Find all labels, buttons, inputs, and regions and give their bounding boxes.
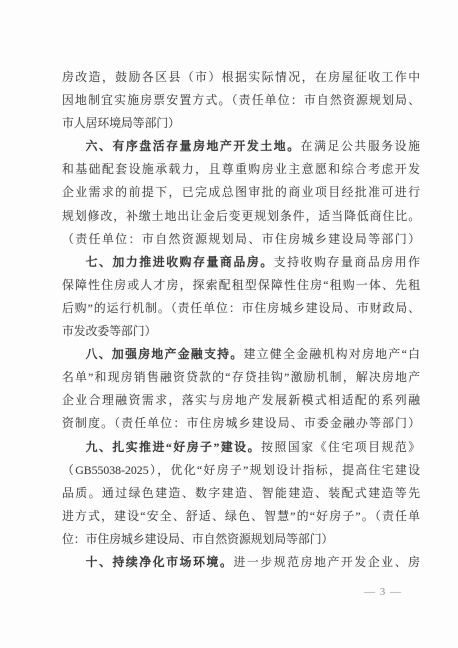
text-segment-head: 八、加强房地产金融支持。: [86, 347, 244, 361]
text-segment-body: （GB55038-2025），优化“好房子”规划设计指标，提高住宅建设: [62, 463, 420, 477]
document-line: 八、加强房地产金融支持。建立健全金融机构对房地产“白: [62, 343, 420, 366]
text-segment-head: 六、有序盘活存量房地产开发土地。: [86, 139, 301, 153]
document-line: 位：市住房城乡建设局、市自然资源规划局等部门）: [62, 528, 420, 551]
document-line: 规划修改，补缴土地出让金后变更规划条件，适当降低商住比。: [62, 205, 420, 228]
text-segment-body: 资制度。: [62, 416, 114, 430]
text-segment-body: 名单”和现房销售融资贷款的“存贷挂钩”激励机制，解决房地产: [62, 370, 420, 384]
text-segment-body: 因地制宜实施房票安置方式。: [62, 93, 232, 107]
text-segment-body: 品质。通过绿色建造、数字建造、智能建造、装配式建造等先: [62, 486, 420, 500]
text-segment-body: 规划修改，补缴土地出让金后变更规划条件，适当降低商住比。: [62, 209, 420, 223]
text-segment-resp: （责任单位：市住房城乡建设局、市委金融办等部门）: [114, 416, 420, 430]
text-segment-body: 支持收购存量商品房用作: [274, 255, 420, 269]
document-line: （责任单位：市自然资源规划局、市住房城乡建设局等部门）: [62, 228, 420, 251]
text-segment-body: 企业需求的前提下，已完成总图审批的商业项目经批准可进行: [62, 185, 420, 199]
page-number: — 3 —: [364, 586, 402, 598]
document-line: 资制度。（责任单位：市住房城乡建设局、市委金融办等部门）: [62, 412, 420, 435]
document-line: 六、有序盘活存量房地产开发土地。在满足公共服务设施: [62, 135, 420, 158]
document-line: （GB55038-2025），优化“好房子”规划设计指标，提高住宅建设: [62, 459, 420, 482]
text-segment-body: 后购”的运行机制。: [62, 301, 171, 315]
text-segment-body: 在满足公共服务设施: [301, 139, 420, 153]
text-segment-body: 保障性住房或人才房，探索配租型保障性住房“租购一体、先租: [62, 278, 420, 292]
text-segment-head: 十、持续净化市场环境。: [86, 555, 234, 569]
document-line: 九、扎实推进“好房子”建设。按照国家《住宅项目规范》: [62, 436, 420, 459]
text-segment-body: 和基础配套设施承载力，且尊重购房业主意愿和综合考虑开发: [62, 162, 420, 176]
text-segment-resp: 位：市住房城乡建设局、市自然资源规划局等部门）: [62, 532, 333, 546]
text-segment-body: 按照国家《住宅项目规范》: [261, 440, 420, 454]
text-segment-resp: （责任单位：市自然资源规划局、市住房城乡建设局等部门）: [62, 232, 420, 246]
text-segment-resp: （责任单: [375, 509, 420, 523]
text-segment-body: 房改造，鼓励各区县（市）根据实际情况，在房屋征收工作中: [62, 70, 420, 84]
text-segment-body: 进方式，建设“安全、舒适、绿色、智慧”的“好房子”。: [62, 509, 375, 523]
text-segment-head: 九、扎实推进“好房子”建设。: [86, 440, 261, 454]
text-segment-body: 建立健全金融机构对房地产“白: [244, 347, 420, 361]
document-line: 后购”的运行机制。（责任单位：市住房城乡建设局、市财政局、: [62, 297, 420, 320]
document-line: 企业需求的前提下，已完成总图审批的商业项目经批准可进行: [62, 181, 420, 204]
document-line: 房改造，鼓励各区县（市）根据实际情况，在房屋征收工作中: [62, 66, 420, 89]
document-line: 七、加力推进收购存量商品房。支持收购存量商品房用作: [62, 251, 420, 274]
text-segment-resp: 市发改委等部门）: [62, 324, 156, 338]
document-line: 市发改委等部门）: [62, 320, 420, 343]
text-segment-resp: （责任单位：市自然资源规划局、: [232, 93, 420, 107]
document-line: 十、持续净化市场环境。进一步规范房地产开发企业、房: [62, 551, 420, 574]
text-segment-resp: （责任单位：市住房城乡建设局、市财政局、: [171, 301, 420, 315]
document-body: 房改造，鼓励各区县（市）根据实际情况，在房屋征收工作中 因地制宜实施房票安置方式…: [62, 66, 420, 574]
text-segment-body: 进一步规范房地产开发企业、房: [233, 555, 420, 569]
document-line: 保障性住房或人才房，探索配租型保障性住房“租购一体、先租: [62, 274, 420, 297]
document-line: 因地制宜实施房票安置方式。（责任单位：市自然资源规划局、: [62, 89, 420, 112]
document-line: 企业合理融资需求，落实与房地产发展新模式相适配的系列融: [62, 389, 420, 412]
document-line: 市人居环境局等部门）: [62, 112, 420, 135]
document-line: 和基础配套设施承载力，且尊重购房业主意愿和综合考虑开发: [62, 158, 420, 181]
document-line: 进方式，建设“安全、舒适、绿色、智慧”的“好房子”。（责任单: [62, 505, 420, 528]
document-line: 品质。通过绿色建造、数字建造、智能建造、装配式建造等先: [62, 482, 420, 505]
text-segment-body: 企业合理融资需求，落实与房地产发展新模式相适配的系列融: [62, 393, 420, 407]
text-segment-head: 七、加力推进收购存量商品房。: [86, 255, 274, 269]
document-page: 房改造，鼓励各区县（市）根据实际情况，在房屋征收工作中 因地制宜实施房票安置方式…: [0, 0, 458, 648]
document-line: 名单”和现房销售融资贷款的“存贷挂钩”激励机制，解决房地产: [62, 366, 420, 389]
text-segment-resp: 市人居环境局等部门）: [62, 116, 180, 130]
